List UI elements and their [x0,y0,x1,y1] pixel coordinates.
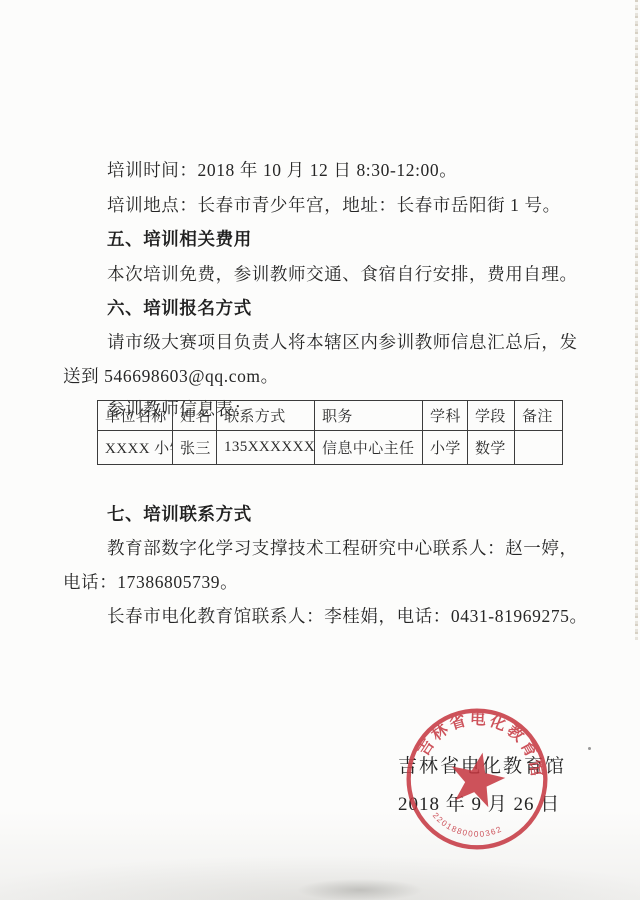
table-header-duty: 职务 [315,401,423,431]
paragraph-training-location: 培训地点：长春市青少年宫，地址：长春市岳阳街 1 号。 [107,192,561,217]
signature-org: 吉林省电化教育馆 [398,751,566,778]
table-header-row: 单位名称 姓名 联系方式 职务 学科 学段 备注 [98,401,563,431]
paragraph-training-time: 培训时间：2018 年 10 月 12 日 8:30-12:00。 [107,157,457,182]
table-row: XXXX 小学 张三 135XXXXXXXX 信息中心主任 小学 数学 [98,431,563,465]
paragraph-registration-2-email: 送到 546698603@qq.com。 [63,363,279,388]
signature-date: 2018 年 9 月 26 日 [398,789,560,816]
official-seal-stamp: 吉林省电化教育馆 2201880000362 [386,688,569,871]
table-header-phone: 联系方式 [217,401,315,431]
table-cell-stage: 数学 [468,431,515,465]
paragraph-contact-changchun: 长春市电化教育馆联系人：李桂娟，电话：0431-81969275。 [107,603,588,628]
table-cell-phone: 135XXXXXXXX [217,431,315,465]
scan-speck [588,747,591,750]
table-cell-unit: XXXX 小学 [98,431,173,465]
heading-section-6-registration: 六、培训报名方式 [107,295,252,320]
participant-info-table: 单位名称 姓名 联系方式 职务 学科 学段 备注 XXXX 小学 张三 135X… [97,400,563,465]
scan-edge-artifact [635,0,638,640]
table-cell-subject: 小学 [423,431,468,465]
paragraph-contact-moe-phone: 电话：17386805739。 [63,569,238,594]
table-cell-duty: 信息中心主任 [315,431,423,465]
table-header-note: 备注 [515,401,563,431]
paragraph-contact-moe: 教育部数字化学习支撑技术工程研究中心联系人：赵一婷， [107,535,578,560]
heading-section-5-fees: 五、培训相关费用 [107,226,252,251]
paragraph-registration-1: 请市级大赛项目负责人将本辖区内参训教师信息汇总后，发 [107,329,578,354]
table-cell-name: 张三 [173,431,217,465]
table-cell-note [515,431,563,465]
paragraph-fees: 本次培训免费，参训教师交通、食宿自行安排，费用自理。 [107,261,578,286]
table-header-unit: 单位名称 [98,401,173,431]
heading-section-7-contacts: 七、培训联系方式 [107,501,252,526]
table-header-stage: 学段 [468,401,515,431]
seal-circle [396,698,558,860]
table-header-subject: 学科 [423,401,468,431]
table-header-name: 姓名 [173,401,217,431]
